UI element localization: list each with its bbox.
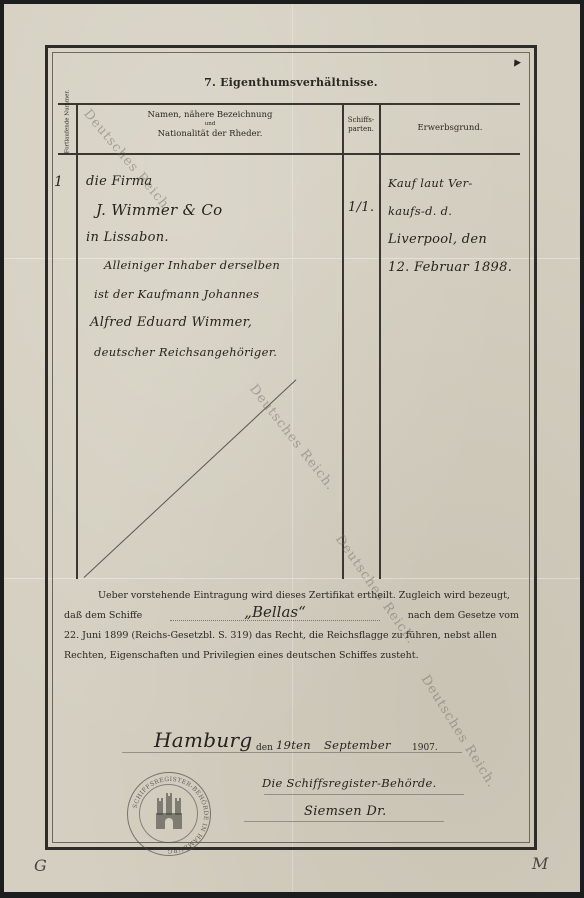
header-acquisition: Erwerbsgrund. (380, 123, 520, 134)
signature-authority: Die Schiffsregister-Behörde. (262, 776, 437, 790)
header-shares-line2: parten. (348, 125, 374, 133)
column-divider (76, 103, 78, 579)
header-number: Fortlaufende Nummer. (65, 97, 72, 153)
certificate-text: Ueber vorstehende Eintragung wird dieses… (64, 586, 519, 666)
acquisition-line: Kauf laut Ver- (388, 176, 473, 190)
row-number: 1 (54, 174, 63, 190)
date-month: September (324, 738, 391, 752)
section-title: 7. Eigenthumsverhältnisse. (52, 76, 530, 89)
certificate-suffix: nach dem Gesetze vom (408, 606, 519, 626)
date-den: den (256, 743, 273, 753)
date-day: 19ten (276, 738, 311, 752)
header-names: Namen, nähere Bezeichnung und Nationalit… (78, 110, 342, 140)
owner-line: deutscher Reichsangehöriger. (94, 345, 277, 359)
ship-name-field: „Bellas“ (170, 606, 380, 621)
date-underline (122, 752, 462, 753)
authority-underline (264, 794, 464, 795)
acquisition-line: 12. Februar 1898. (388, 260, 512, 275)
official-seal: SCHIFFSREGISTER-BEHÖRDE IN HAMBURG (127, 772, 211, 856)
header-names-line2: Nationalität der Rheder. (158, 129, 263, 139)
signature-signer: Siemsen Dr. (304, 804, 387, 819)
signature-place: Hamburg (154, 728, 252, 752)
table-top-rule (58, 103, 520, 105)
signer-underline (244, 821, 444, 822)
shares-value: 1/1. (348, 200, 374, 215)
ship-name: „Bellas“ (170, 602, 380, 622)
owner-line: Alfred Eduard Wimmer, (90, 315, 252, 330)
margin-mark-right: M (532, 854, 548, 873)
acquisition-line: kaufs-d. d. (388, 204, 452, 218)
column-divider (379, 103, 381, 579)
column-divider (342, 103, 344, 579)
header-names-line1: Namen, nähere Bezeichnung (148, 110, 273, 120)
owner-line: ist der Kaufmann Johannes (94, 287, 259, 301)
date-year: 1907. (412, 743, 438, 753)
owner-line: in Lissabon. (86, 230, 169, 245)
header-names-and: und (78, 121, 342, 128)
header-shares: Schiffs- parten. (342, 116, 380, 135)
certificate-prefix: daß dem Schiffe (64, 606, 142, 626)
acquisition-line: Liverpool, den (388, 232, 487, 247)
certificate-line: 22. Juni 1899 (Reichs-Gesetzbl. S. 319) … (64, 626, 519, 646)
owner-line: Alleiniger Inhaber derselben (104, 258, 280, 272)
margin-mark-left: G (34, 856, 47, 875)
header-shares-line1: Schiffs- (348, 116, 374, 124)
document-page: 7. Eigenthumsverhältnisse. Fortlaufende … (4, 4, 580, 892)
certificate-line: daß dem Schiffe „Bellas“ nach dem Gesetz… (64, 606, 519, 626)
certificate-line: Rechten, Eigenschaften und Privilegien e… (64, 646, 519, 666)
hamburg-castle-icon (154, 793, 184, 831)
